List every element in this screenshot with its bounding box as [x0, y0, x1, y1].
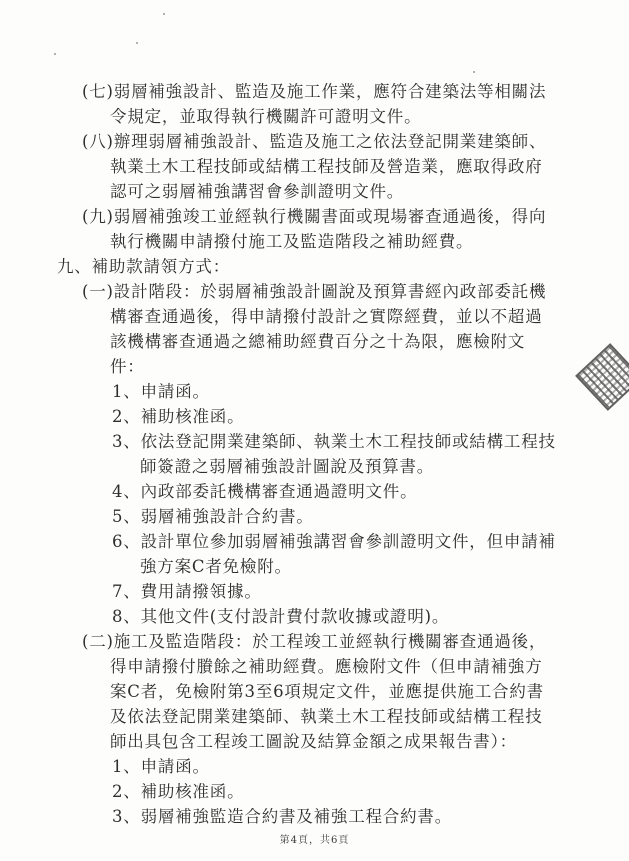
text-line: 構審查通過後，得申請撥付設計之實際經費，並以不超過 — [0, 304, 629, 329]
text-line: 師出具包含工程竣工圖說及結算金額之成果報告書）： — [0, 729, 629, 754]
list-item: 4、內政部委託機構審查通過證明文件。 — [0, 479, 629, 504]
text-line: 執業土木工程技師或結構工程技師及營造業，應取得政府 — [0, 154, 629, 179]
document-page: (七)弱層補強設計、監造及施工作業，應符合建築法等相關法 令規定，並取得執行機關… — [0, 0, 629, 861]
text-line: 師簽證之弱層補強設計圖說及預算書。 — [0, 454, 629, 479]
scan-speck — [54, 53, 56, 55]
text-line: (一)設計階段：於弱層補強設計圖說及預算書經內政部委託機 — [0, 279, 629, 304]
text-line: 得申請撥付賸餘之補助經費。應檢附文件（但申請補強方 — [0, 654, 629, 679]
text-line: 案C者，免檢附第3至6項規定文件，並應提供施工合約書 — [0, 679, 629, 704]
list-item: 5、弱層補強設計合約書。 — [0, 504, 629, 529]
text-line: (七)弱層補強設計、監造及施工作業，應符合建築法等相關法 — [0, 79, 629, 104]
list-item: 2、補助核准函。 — [0, 779, 629, 804]
text-line: 九、補助款請領方式： — [0, 254, 629, 279]
text-line: (八)辦理弱層補強設計、監造及施工之依法登記開業建築師、 — [0, 129, 629, 154]
list-item: 1、申請函。 — [0, 754, 629, 779]
list-item: 1、申請函。 — [0, 379, 629, 404]
text-line: 件： — [0, 354, 629, 379]
list-item: 8、其他文件(支付設計費付款收據或證明)。 — [0, 604, 629, 629]
list-item: 6、設計單位參加弱層補強講習會參訓證明文件，但申請補 — [0, 529, 629, 554]
text-line: 令規定，並取得執行機關許可證明文件。 — [0, 104, 629, 129]
list-item: 2、補助核准函。 — [0, 404, 629, 429]
text-line: (九)弱層補強竣工並經執行機關書面或現場審查通過後，得向 — [0, 204, 629, 229]
list-item: 3、依法登記開業建築師、執業土木工程技師或結構工程技 — [0, 429, 629, 454]
text-line: 及依法登記開業建築師、執業土木工程技師或結構工程技 — [0, 704, 629, 729]
list-item: 7、費用請撥領據。 — [0, 579, 629, 604]
document-body: (七)弱層補強設計、監造及施工作業，應符合建築法等相關法 令規定，並取得執行機關… — [0, 79, 629, 829]
scan-speck — [473, 71, 475, 73]
text-line: (二)施工及監造階段：於工程竣工並經執行機關審查通過後， — [0, 629, 629, 654]
list-item: 3、弱層補強監造合約書及補強工程合約書。 — [0, 804, 629, 829]
text-line: 強方案C者免檢附。 — [0, 554, 629, 579]
scan-speck — [163, 13, 165, 15]
text-line: 認可之弱層補強講習會參訓證明文件。 — [0, 179, 629, 204]
text-line: 該機構審查通過之總補助經費百分之十為限，應檢附文 — [0, 329, 629, 354]
page-footer: 第4頁，共6頁 — [0, 831, 629, 846]
text-line: 執行機關申請撥付施工及監造階段之補助經費。 — [0, 229, 629, 254]
scan-speck — [136, 42, 138, 44]
